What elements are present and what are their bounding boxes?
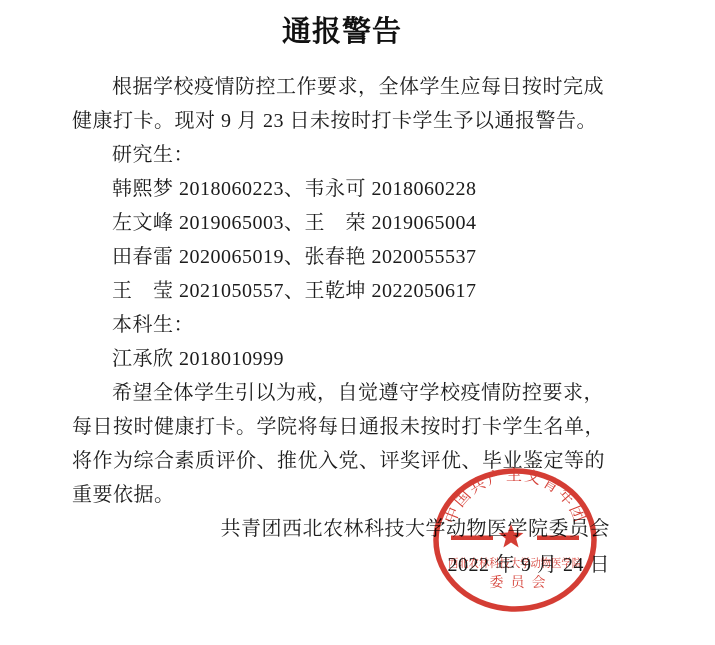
notice-line: 研究生： (72, 138, 612, 172)
notice-line: 左文峰 2019065003、王 荣 2019065004 (72, 206, 612, 240)
notice-line: 每日按时健康打卡。学院将每日通报未按时打卡学生名单， (72, 410, 612, 444)
notice-line: 田春雷 2020065019、张春艳 2020055537 (72, 240, 612, 274)
notice-line: 健康打卡。现对 9 月 23 日未按时打卡学生予以通报警告。 (72, 104, 612, 138)
notice-line: 本科生： (72, 308, 612, 342)
notice-line: 将作为综合素质评价、推优入党、评奖评优、毕业鉴定等的 (72, 444, 612, 478)
notice-line: 江承欣 2018010999 (72, 342, 612, 376)
signature-line: 共青团西北农林科技大学动物医学院委员会 (72, 512, 612, 546)
notice-title: 通报警告 (72, 10, 612, 54)
notice-line: 重要依据。 (72, 478, 612, 512)
notice-body: 根据学校疫情防控工作要求，全体学生应每日按时完成健康打卡。现对 9 月 23 日… (72, 70, 612, 512)
notice-content: 通报警告 根据学校疫情防控工作要求，全体学生应每日按时完成健康打卡。现对 9 月… (72, 10, 612, 582)
notice-line: 根据学校疫情防控工作要求，全体学生应每日按时完成 (72, 70, 612, 104)
notice-line: 希望全体学生引以为戒，自觉遵守学校疫情防控要求， (72, 376, 612, 410)
notice-line: 韩熙梦 2018060223、韦永可 2018060228 (72, 172, 612, 206)
date-line: 2022 年 9 月 24 日 (72, 548, 612, 582)
notice-line: 王 莹 2021050557、王乾坤 2022050617 (72, 274, 612, 308)
notice-document-page: 通报警告 根据学校疫情防控工作要求，全体学生应每日按时完成健康打卡。现对 9 月… (0, 0, 715, 645)
